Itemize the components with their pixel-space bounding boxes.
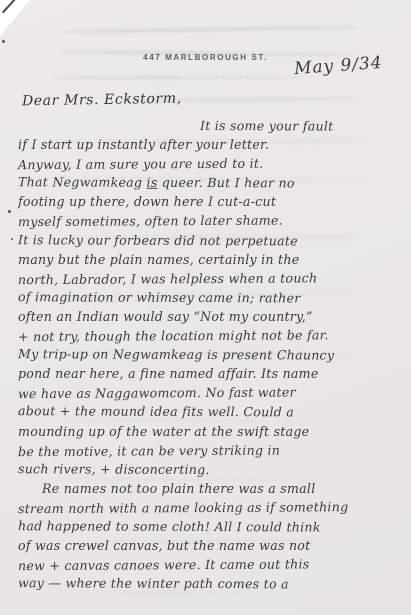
handwriting-line: often an Indian would say “Not my countr…	[18, 307, 400, 326]
handwriting-line: many but the plain names, certainly in t…	[18, 250, 400, 269]
handwriting-line: + not try, though the location might not…	[18, 325, 400, 346]
handwriting-line: Anyway, I am sure you are used to it.	[18, 153, 400, 174]
ink-speck	[11, 238, 13, 240]
handwriting-line: we have as Naggawomcom. No fast water	[18, 382, 400, 403]
handwriting-line: be the motive, it can be very striking i…	[18, 439, 400, 460]
handwriting-line: stream north with a name looking as if s…	[18, 497, 400, 518]
handwriting-line: about + the mound idea fits well. Could …	[18, 402, 400, 423]
ink-speck	[2, 40, 5, 43]
handwriting-line: of imagination or whimsey came in; rathe…	[18, 287, 400, 308]
handwriting-line: way — where the winter path comes to a	[18, 573, 400, 594]
handwriting-line: such rivers, + disconcerting.	[18, 459, 400, 480]
handwriting-line: myself sometimes, often to later shame.	[18, 210, 400, 231]
handwriting-line: footing up there, down here I cut-a-cut	[18, 192, 400, 211]
salutation: Dear Mrs. Eckstorm,	[22, 91, 182, 110]
handwriting-line: pond near here, a fine named affair. Its…	[18, 364, 400, 383]
handwriting-line: new + canvas canoes were. It came out th…	[18, 554, 400, 575]
handwriting-line: if I start up instantly after your lette…	[18, 135, 400, 154]
handwriting-line: of was crewel canvas, but the name was n…	[18, 536, 400, 555]
handwriting-line: mounding up of the water at the swift st…	[18, 422, 400, 441]
scanned-letter: 447 MARLBOROUGH ST. May 9/34 Dear Mrs. E…	[0, 0, 411, 615]
handwriting-line: north, Labrador, I was helpless when a t…	[18, 268, 400, 289]
handwriting-line: My trip-up on Negwamkeag is present Chau…	[18, 344, 400, 365]
letter-body: It is some your faultif I start up insta…	[18, 116, 400, 593]
bleedthrough-mark	[60, 25, 360, 33]
handwriting-line: Re names not too plain there was a small	[18, 479, 400, 498]
letter-paper: 447 MARLBOROUGH ST. May 9/34 Dear Mrs. E…	[0, 0, 411, 615]
handwriting-line: It is some your fault	[18, 115, 400, 136]
bleedthrough-mark	[50, 76, 310, 79]
handwriting-line: It is lucky our forbears did not perpetu…	[18, 230, 400, 251]
handwriting-line: That Negwamkeag is queer. But I hear no	[18, 172, 400, 193]
ink-speck	[8, 210, 11, 213]
handwriting-line: had happened to some cloth! All I could …	[18, 516, 400, 537]
